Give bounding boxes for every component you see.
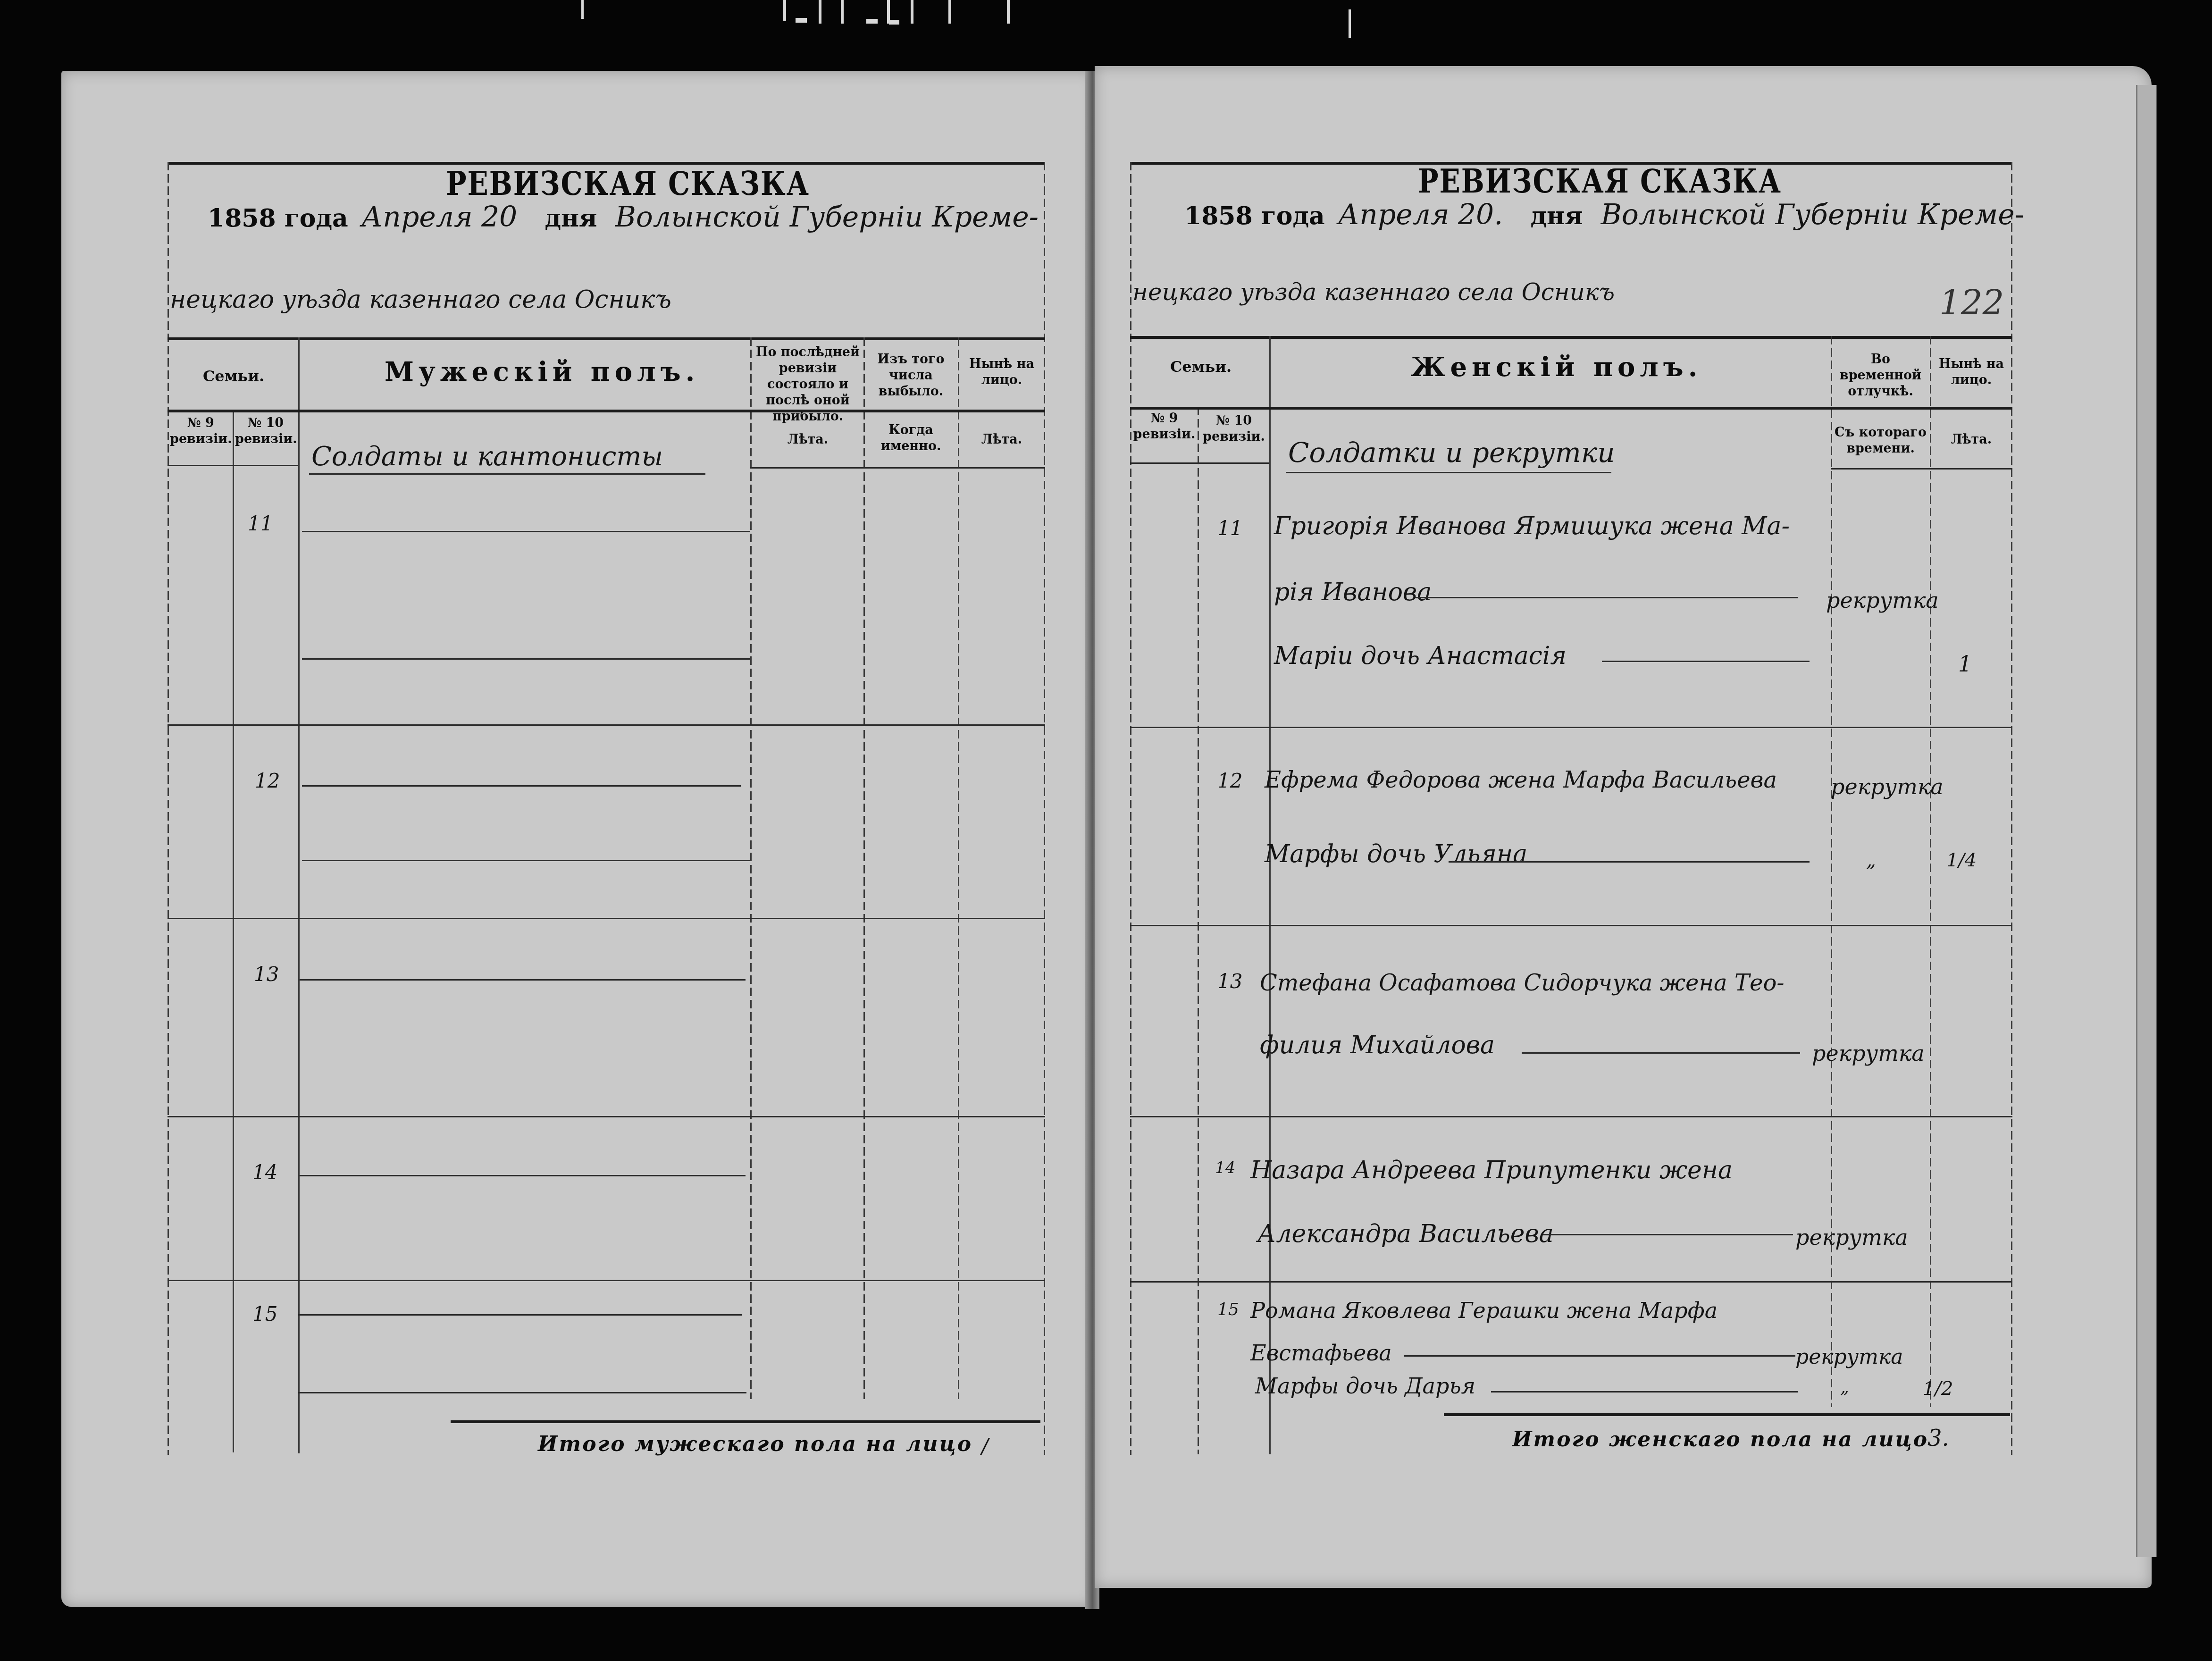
sub-since: Съ котораго времени. — [1835, 425, 1927, 457]
total-value: 3. — [1927, 1425, 1949, 1451]
form-title: РЕВИЗСКАЯ СКАЗКА — [1418, 162, 1782, 201]
entry-text: Марфы дочь Ульяна — [1265, 840, 1527, 868]
entry-text: Назара Андреева Припутенки жена — [1250, 1156, 1733, 1184]
section-underline — [1286, 472, 1611, 473]
header-present: Нынѣ на лицо. — [1934, 356, 2009, 388]
entry-text: филия Михайлова — [1260, 1031, 1495, 1059]
row-number: 13 — [1217, 970, 1242, 993]
total-label: Итого женскаго пола на лицо — [1512, 1427, 1928, 1451]
years-value: 1/4 — [1946, 849, 1977, 871]
absence-value: рекрутка — [1831, 774, 1944, 799]
entry-text: Ефрема Федорова жена Марфа Васильева — [1265, 767, 1777, 793]
row-separator — [1130, 727, 2012, 728]
years-value: 1 — [1958, 651, 1972, 677]
absence-value: рекрутка — [1812, 1040, 1925, 1066]
absence-value: рекрутка — [1826, 587, 1939, 613]
frame-right — [2011, 162, 2012, 1455]
fill-line — [1449, 861, 1810, 863]
fill-line — [1404, 1355, 1795, 1357]
row-number: 11 — [1217, 517, 1242, 540]
header-families: Семьи. — [1135, 359, 1267, 375]
row-separator — [1130, 925, 2012, 926]
frame-left — [1130, 162, 1131, 1455]
year-label: года — [1261, 201, 1325, 230]
place: Волынской Губерніи Креме- — [1601, 198, 2024, 231]
fill-line — [1543, 1234, 1793, 1235]
entry-text: Стефана Осафатова Сидорчука жена Тео- — [1260, 970, 1785, 996]
col-rev9-end — [1198, 407, 1199, 1454]
fill-line — [1522, 1052, 1800, 1054]
row-separator — [1130, 1281, 2012, 1283]
header-mid-rule — [1130, 407, 2012, 410]
total-rule — [1444, 1413, 2010, 1416]
entry-text: Марфы дочь Дарья — [1255, 1373, 1475, 1399]
year: 1858 — [1184, 201, 1253, 230]
absence-value: „ — [1840, 1378, 1849, 1397]
entry-text: Евстафьева — [1250, 1340, 1392, 1366]
folio-number: 122 — [1939, 283, 2004, 323]
row-separator — [1130, 1116, 2012, 1117]
col-families-end — [1269, 336, 1271, 1454]
row-number: 14 — [1215, 1158, 1235, 1177]
day-label: дня — [1530, 201, 1583, 230]
row-number: 12 — [1217, 769, 1242, 792]
row-number: 15 — [1217, 1300, 1239, 1319]
day: 20. — [1458, 198, 1503, 231]
right-form: РЕВИЗСКАЯ СКАЗКА 1858 года Апреля 20. дн… — [0, 0, 2212, 1661]
sub-rev10: № 10 ревизіи. — [1201, 413, 1267, 445]
entry-text: Григорія Иванова Ярмишука жена Ма- — [1274, 512, 1790, 540]
place-line-2: нецкаго уѣзда казеннаго села Осникъ — [1132, 278, 1615, 306]
month: Апреля — [1338, 198, 1450, 231]
fill-line — [1491, 1391, 1798, 1393]
header-female: Женскій полъ. — [1411, 352, 1702, 383]
sub-header-rule-right — [1831, 468, 2012, 470]
entry-text: рія Иванова — [1274, 578, 1432, 606]
sub-years: Лѣта. — [1934, 432, 2009, 448]
fill-line — [1416, 597, 1798, 598]
entry-text: Маріи дочь Анастасія — [1274, 642, 1567, 670]
sub-rev9: № 9 ревизіи. — [1132, 411, 1196, 443]
years-value: 1/2 — [1923, 1378, 1953, 1400]
section-heading: Солдатки и рекрутки — [1288, 436, 1615, 469]
header-absence: Во временной отлучкѣ. — [1835, 352, 1927, 400]
sub-header-rule-left — [1130, 462, 1269, 464]
absence-value: рекрутка — [1795, 1225, 1908, 1250]
entry-text: Александра Васильева — [1257, 1220, 1554, 1248]
absence-value: „ — [1866, 849, 1876, 871]
col-absence-end — [1930, 336, 1931, 1407]
absence-value: рекрутка — [1795, 1345, 1903, 1369]
fill-line — [1602, 661, 1810, 662]
header-top-rule — [1130, 336, 2012, 339]
entry-text: Романа Яковлева Герашки жена Марфа — [1250, 1298, 1718, 1323]
date-line: 1858 года Апреля 20. дня Волынской Губер… — [1184, 198, 2024, 231]
